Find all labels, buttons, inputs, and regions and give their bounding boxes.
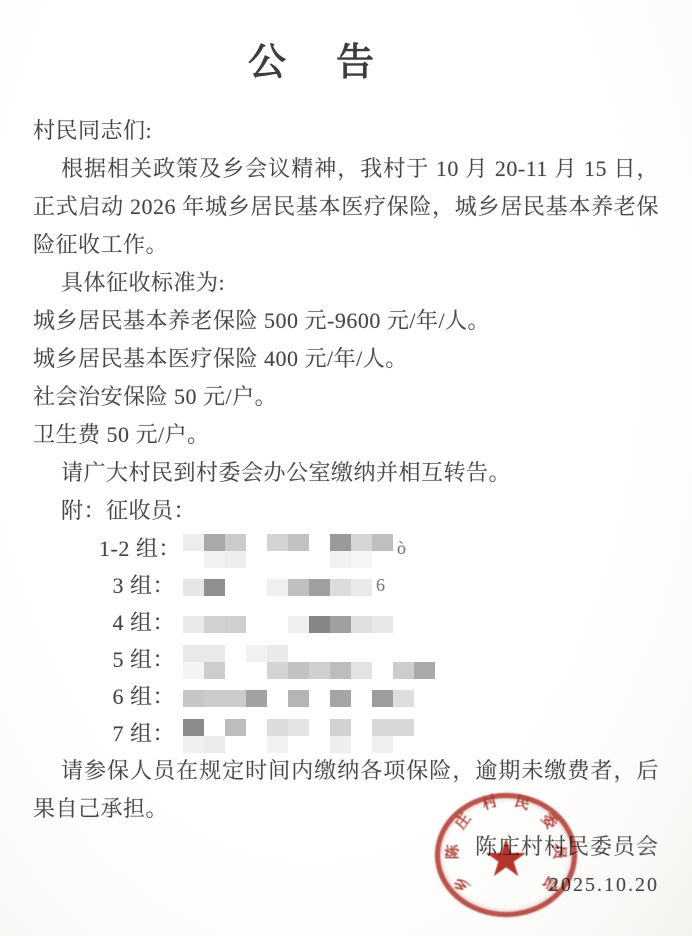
salutation: 村民同志们:	[33, 112, 659, 150]
redacted-name-mosaic	[183, 690, 414, 707]
group-label: 5 组：	[99, 641, 175, 678]
fee-item-sanitation: 卫生费 50 元/户。	[33, 416, 659, 454]
official-seal: ★ 乡陈庄村民委员会	[433, 791, 579, 919]
page-title: 公 告	[0, 36, 692, 90]
redaction-remnant: ò	[397, 538, 407, 558]
fee-item-medical: 城乡居民基本医疗保险 400 元/年/人。	[33, 340, 659, 378]
redaction-remnant: 6	[376, 575, 386, 595]
group-label: 3 组：	[99, 567, 175, 604]
payment-notice: 请广大村民到村委会办公室缴纳并相互转告。	[33, 454, 659, 492]
attachment-heading: 附：征收员：	[33, 492, 659, 530]
intro-paragraph: 根据相关政策及乡会议精神，我村于 10 月 20-11 月 15 日，正式启动 …	[33, 150, 659, 264]
collector-row-1-2: 1-2 组：ò	[33, 530, 659, 567]
redacted-name-mosaic	[183, 719, 414, 753]
fee-item-pension: 城乡居民基本养老保险 500 元-9600 元/年/人。	[33, 302, 659, 340]
collector-row-5: 5 组：	[33, 641, 659, 678]
star-icon: ★	[483, 833, 530, 885]
collector-row-7: 7 组：	[33, 715, 659, 752]
group-label: 4 组：	[99, 604, 175, 641]
redacted-name-mosaic	[183, 645, 435, 679]
notice-page: 公 告 村民同志们: 根据相关政策及乡会议精神，我村于 10 月 20-11 月…	[0, 0, 692, 936]
group-label: 1-2 组：	[99, 530, 175, 567]
redacted-name-mosaic	[183, 616, 393, 633]
notice-photo: 公 告 村民同志们: 根据相关政策及乡会议精神，我村于 10 月 20-11 月…	[0, 0, 692, 936]
collector-row-4: 4 组：	[33, 604, 659, 641]
redacted-name-mosaic	[183, 534, 393, 568]
notice-body: 村民同志们: 根据相关政策及乡会议精神，我村于 10 月 20-11 月 15 …	[0, 112, 692, 904]
collector-list: 1-2 组：ò 3 组：6 4 组： 5 组： 6 组： 7 组：	[33, 530, 659, 752]
collector-row-6: 6 组：	[33, 678, 659, 715]
fee-item-security: 社会治安保险 50 元/户。	[33, 378, 659, 416]
collector-row-3: 3 组：6	[33, 567, 659, 604]
group-label: 7 组：	[99, 715, 175, 752]
group-label: 6 组：	[99, 678, 175, 715]
redacted-name-mosaic	[183, 579, 372, 596]
standards-heading: 具体征收标准为:	[33, 264, 659, 302]
